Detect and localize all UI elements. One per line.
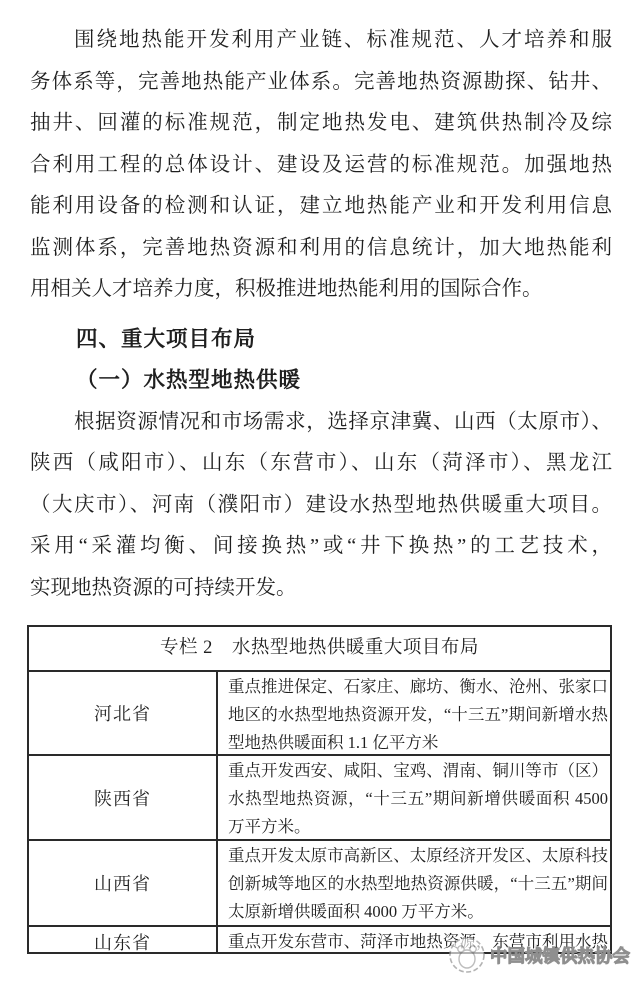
paragraph-project-selection: 根据资源情况和市场需求，选择京津冀、山西（太原市）、 陕西（咸阳市）、山东（东营… [30, 402, 612, 610]
project-description-cell: 重点开发太原市高新区、太原经济开发区、太原科技创新城等地区的水热型地热资源供暖，… [218, 841, 610, 925]
text-line: 采用“采灌均衡、间接换热”或“井下换热”的工艺技术， [30, 526, 612, 568]
text-line: 根据资源情况和市场需求，选择京津冀、山西（太原市）、 [30, 402, 612, 444]
text-line: 围绕地热能开发利用产业链、标准规范、人才培养和服 [30, 20, 612, 62]
table-row: 山西省 重点开发太原市高新区、太原经济开发区、太原科技创新城等地区的水热型地热资… [29, 839, 610, 925]
text-line: 抽井、回灌的标准规范，制定地热发电、建筑供热制冷及综 [30, 103, 612, 145]
document-body: 围绕地热能开发利用产业链、标准规范、人才培养和服 务体系等，完善地热能产业体系。… [0, 0, 640, 954]
project-box-table: 专栏 2 水热型地热供暖重大项目布局 河北省 重点推进保定、石家庄、廊坊、衡水、… [27, 625, 612, 954]
heading-major-projects-layout: 四、重大项目布局 [30, 319, 612, 361]
heading-hydrothermal-heating: （一）水热型地热供暖 [30, 360, 612, 402]
text-line: 用相关人才培养力度，积极推进地热能利用的国际合作。 [30, 269, 612, 311]
text-line: 实现地热资源的可持续开发。 [30, 568, 612, 610]
text-line: （大庆市）、河南（濮阳市）建设水热型地热供暖重大项目。 [30, 485, 612, 527]
text-line: 监测体系，完善地热资源和利用的信息统计，加大地热能利 [30, 228, 612, 270]
document-page: { "page": { "background": "#ffffff", "in… [0, 0, 640, 981]
project-description-cell: 重点开发东营市、菏泽市地热资源，东营市利用水热 [218, 927, 610, 952]
text-line: 陕西（咸阳市）、山东（东营市）、山东（菏泽市）、黑龙江 [30, 443, 612, 485]
project-description-cell: 重点推进保定、石家庄、廊坊、衡水、沧州、张家口地区的水热型地热资源开发，“十三五… [218, 672, 610, 754]
table-row: 陕西省 重点开发西安、咸阳、宝鸡、渭南、铜川等市（区）水热型地热资源，“十三五”… [29, 754, 610, 839]
paragraph-industry-system: 围绕地热能开发利用产业链、标准规范、人才培养和服 务体系等，完善地热能产业体系。… [30, 20, 612, 311]
province-cell: 山西省 [29, 841, 218, 925]
province-cell: 陕西省 [29, 756, 218, 839]
table-row: 山东省 重点开发东营市、菏泽市地热资源，东营市利用水热 [29, 925, 610, 952]
province-cell: 山东省 [29, 927, 218, 952]
box-table-title: 专栏 2 水热型地热供暖重大项目布局 [29, 627, 610, 670]
table-row: 河北省 重点推进保定、石家庄、廊坊、衡水、沧州、张家口地区的水热型地热资源开发，… [29, 670, 610, 754]
text-line: 合利用工程的总体设计、建设及运营的标准规范。加强地热 [30, 145, 612, 187]
province-cell: 河北省 [29, 672, 218, 754]
project-description-cell: 重点开发西安、咸阳、宝鸡、渭南、铜川等市（区）水热型地热资源，“十三五”期间新增… [218, 756, 610, 839]
text-line: 能利用设备的检测和认证，建立地热能产业和开发利用信息 [30, 186, 612, 228]
text-line: 务体系等，完善地热能产业体系。完善地热资源勘探、钻井、 [30, 62, 612, 104]
